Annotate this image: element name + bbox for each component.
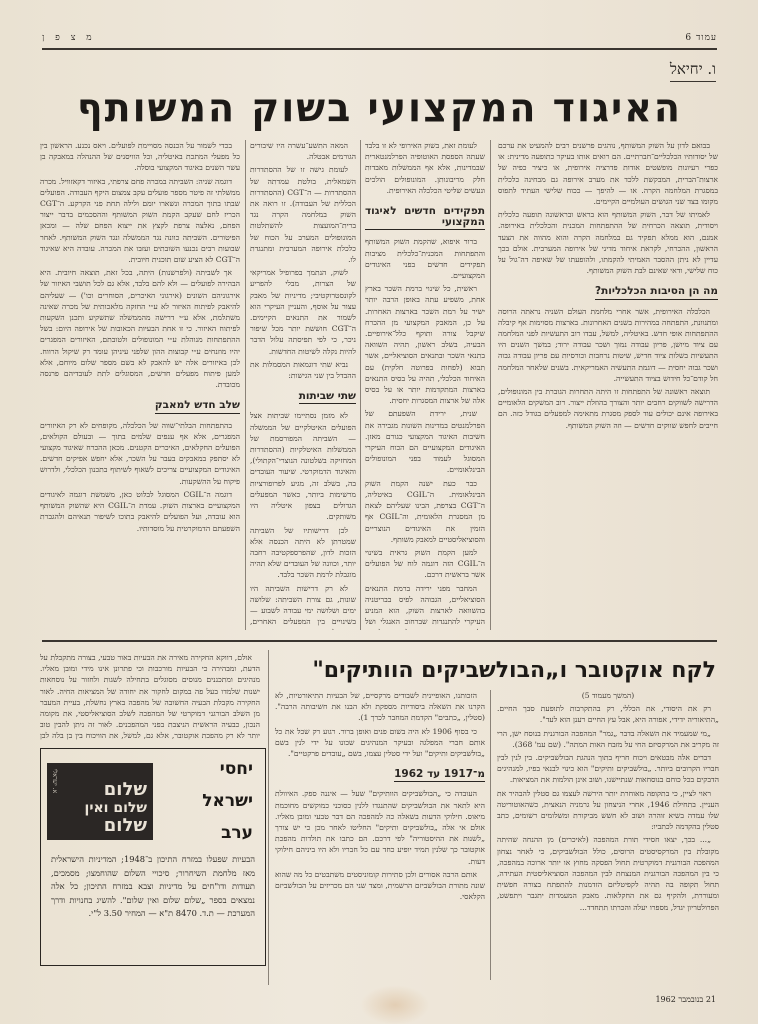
page-number: עמוד 6: [685, 32, 717, 43]
paragraph: למען הקמת השוק גראית בשינוי ה־CGIL הזה ד…: [365, 547, 485, 581]
paragraph: „... בכך, יצאו חסידי תורת המהפכה (לאיכרי…: [497, 834, 719, 912]
section-rule: [42, 640, 717, 642]
paragraph: ברור איפוא, שהקמת השוק המשותף והתפתחות ה…: [365, 236, 485, 281]
paper-stain: [360, 985, 430, 1024]
footer-date: 21 בנובמבר 1962: [655, 995, 716, 1004]
column-divider: [490, 140, 491, 630]
paragraph: לכן דרישותיו של השביתה שמטרתן לא היתה הכ…: [250, 525, 356, 581]
paragraph: ראשית, כל שינוי ברמת השכר בארץ אחת, משפי…: [365, 283, 485, 406]
cover-title-line: שלום: [104, 817, 147, 835]
paragraph: תוצאה ראשונה של התפתחות זו היתה התחרות ה…: [498, 386, 718, 431]
paragraph: דברים אלה מבטאים ויכוח חריף בתוך הנהגת ה…: [497, 752, 719, 786]
cover-title-line: שלום ואין: [85, 801, 147, 815]
column-divider: [490, 690, 491, 980]
paragraph: כי בסוף 1906 לא היה בשום פנים ואופן ברור…: [275, 726, 485, 760]
column-divider: [360, 140, 361, 630]
article2-column-middle: הזכותנו, האופיינית לשבודים מרקסיים, של ה…: [275, 690, 485, 985]
paragraph: כבר כעת ישנה הקמת השוק הבינלאומית. ה־CGI…: [365, 478, 485, 545]
paragraph: דוגמה ה־CGIL המסוגל לבלוט כאן, משמשת דוג…: [40, 489, 240, 534]
paragraph: בהתפתחות הבלתי־שווה של הכלכלה, מקופחים ל…: [40, 420, 240, 487]
paragraph: לעומת זאת, בשוק האירופי לא זו בלבד שעתה …: [365, 140, 485, 196]
article2-column-right: (המשך מעמוד 5) רק את היסודי, את הכללי, ר…: [497, 690, 719, 985]
paragraph: אך לשביתה (ולפרשנות) היתה, בכל זאת, תוצא…: [40, 267, 240, 390]
book-cover: א. ישראלי שלום שלום ואין שלום: [47, 763, 153, 840]
paragraph: נביא שתי דוגמאות המסמלות את ההבדל בין שנ…: [250, 359, 356, 381]
ad-word: ישראל: [202, 791, 253, 811]
paragraph: אותם הרבה אסורים ולכן סתירות קומוניסטים …: [275, 869, 485, 903]
paragraph: לא רק דרישות השביתה היו שונות, גם צורת ה…: [250, 583, 356, 630]
subheading: מ־1917 עד 1962: [394, 769, 485, 782]
ad-text: הבעיות שפעלו במזרח התיכון ב־1948; המדיני…: [51, 853, 255, 921]
paragraph: ראוי לציין, כי בתקופה מאוחרת יותר הירשה …: [497, 788, 719, 833]
paragraph: בבואם לדון על השוק המשותף, נוהגים פרשנים…: [498, 140, 718, 207]
byline: ו. יחיאל: [670, 60, 716, 82]
paragraph: „מי שמעמיד את השאלה בדבר „גמר" המהפכה הב…: [497, 728, 719, 750]
column-divider: [268, 650, 269, 985]
article2-column-left: אולם, דווקא החקירה מאירה את הבעיות באור …: [40, 652, 260, 740]
cover-author: א. ישראלי: [51, 769, 58, 793]
subheading: תפקידים חדשים לאיגוד המקצועי: [365, 206, 485, 230]
ad-word: יחסי: [220, 759, 253, 779]
ad-word: ערב: [221, 823, 253, 843]
paragraph: שנית, ירידת השפעתם של הפרלמנטים במדינות …: [365, 408, 485, 475]
paragraph: אולם, דווקא החקירה מאירה את הבעיות באור …: [40, 652, 260, 740]
article1-column-left: בכדי לשמור על הכנסה מסויימת לפועלים. ויא…: [40, 140, 240, 630]
column-divider: [245, 140, 246, 630]
paragraph: דוגמה שניה: השביתה במכרה פחם צרפתי, באיז…: [40, 176, 240, 266]
headline: האיגוד המקצועי בשוק המשותף: [42, 85, 717, 131]
paragraph: הזכותנו, האופיינית לשבודים מרקסיים, של ה…: [275, 690, 485, 724]
article2-headline: לקח אוקטובר ו„הבולשביקים הוותיקים": [312, 658, 716, 683]
masthead: מ צ פ ן: [42, 32, 96, 43]
paragraph: המאה התשע־עשרה היו שיבורים הגורמים אבטלה…: [250, 140, 356, 162]
subheading: מה הן הסיבות הכלכליות?: [595, 286, 718, 299]
article1-column-right: בבואם לדון על השוק המשותף, נוהגים פרשנים…: [498, 140, 718, 630]
paragraph: בכדי לשמור על הכנסה מסויימת לפועלים. ויא…: [40, 140, 240, 174]
page-header: עמוד 6 מ צ פ ן: [42, 28, 717, 48]
continued-note: (המשך מעמוד 5): [497, 690, 719, 701]
article1-column-middle-b: המאה התשע־עשרה היו שיבורים הגורמים אבטלה…: [250, 140, 356, 630]
header-rule: [42, 48, 717, 50]
paragraph: המחבר מפני ירידה ברמת התנאים הסוציאליים,…: [365, 583, 485, 630]
paragraph: הכלכלה האירופית, אשר אחרי מלחמת העולם הש…: [498, 306, 718, 384]
cover-title-line: שלום: [104, 781, 147, 799]
article1-column-middle: לעומת זאת, בשוק האירופי לא זו בלבד שעתה …: [365, 140, 485, 630]
paragraph: לאמיתו של דבר, השוק המשותף הוא בראש וברא…: [498, 209, 718, 276]
subheading: שלב חדש למאבק: [155, 400, 240, 413]
paragraph: לעומת גישה זו של ההסתדרות השמאלית, בולטת…: [250, 164, 356, 265]
book-advertisement: יחסי ישראל ערב א. ישראלי שלום שלום ואין …: [40, 748, 266, 966]
subheading: שתי שביתות: [299, 391, 356, 404]
paragraph: רק את היסודי, את הכללי, רק בהתקרבות לתופ…: [497, 703, 719, 725]
paragraph: לא מזמן נסתיימו שביתות אצל הפועלים האיטל…: [250, 410, 356, 522]
paragraph: העובדה כי „הבולשביקים הוותיקים" שעל — אי…: [275, 788, 485, 866]
paragraph: לשוק, הנתמך בפרופיל אמריקאי של הצרות, מב…: [250, 267, 356, 357]
